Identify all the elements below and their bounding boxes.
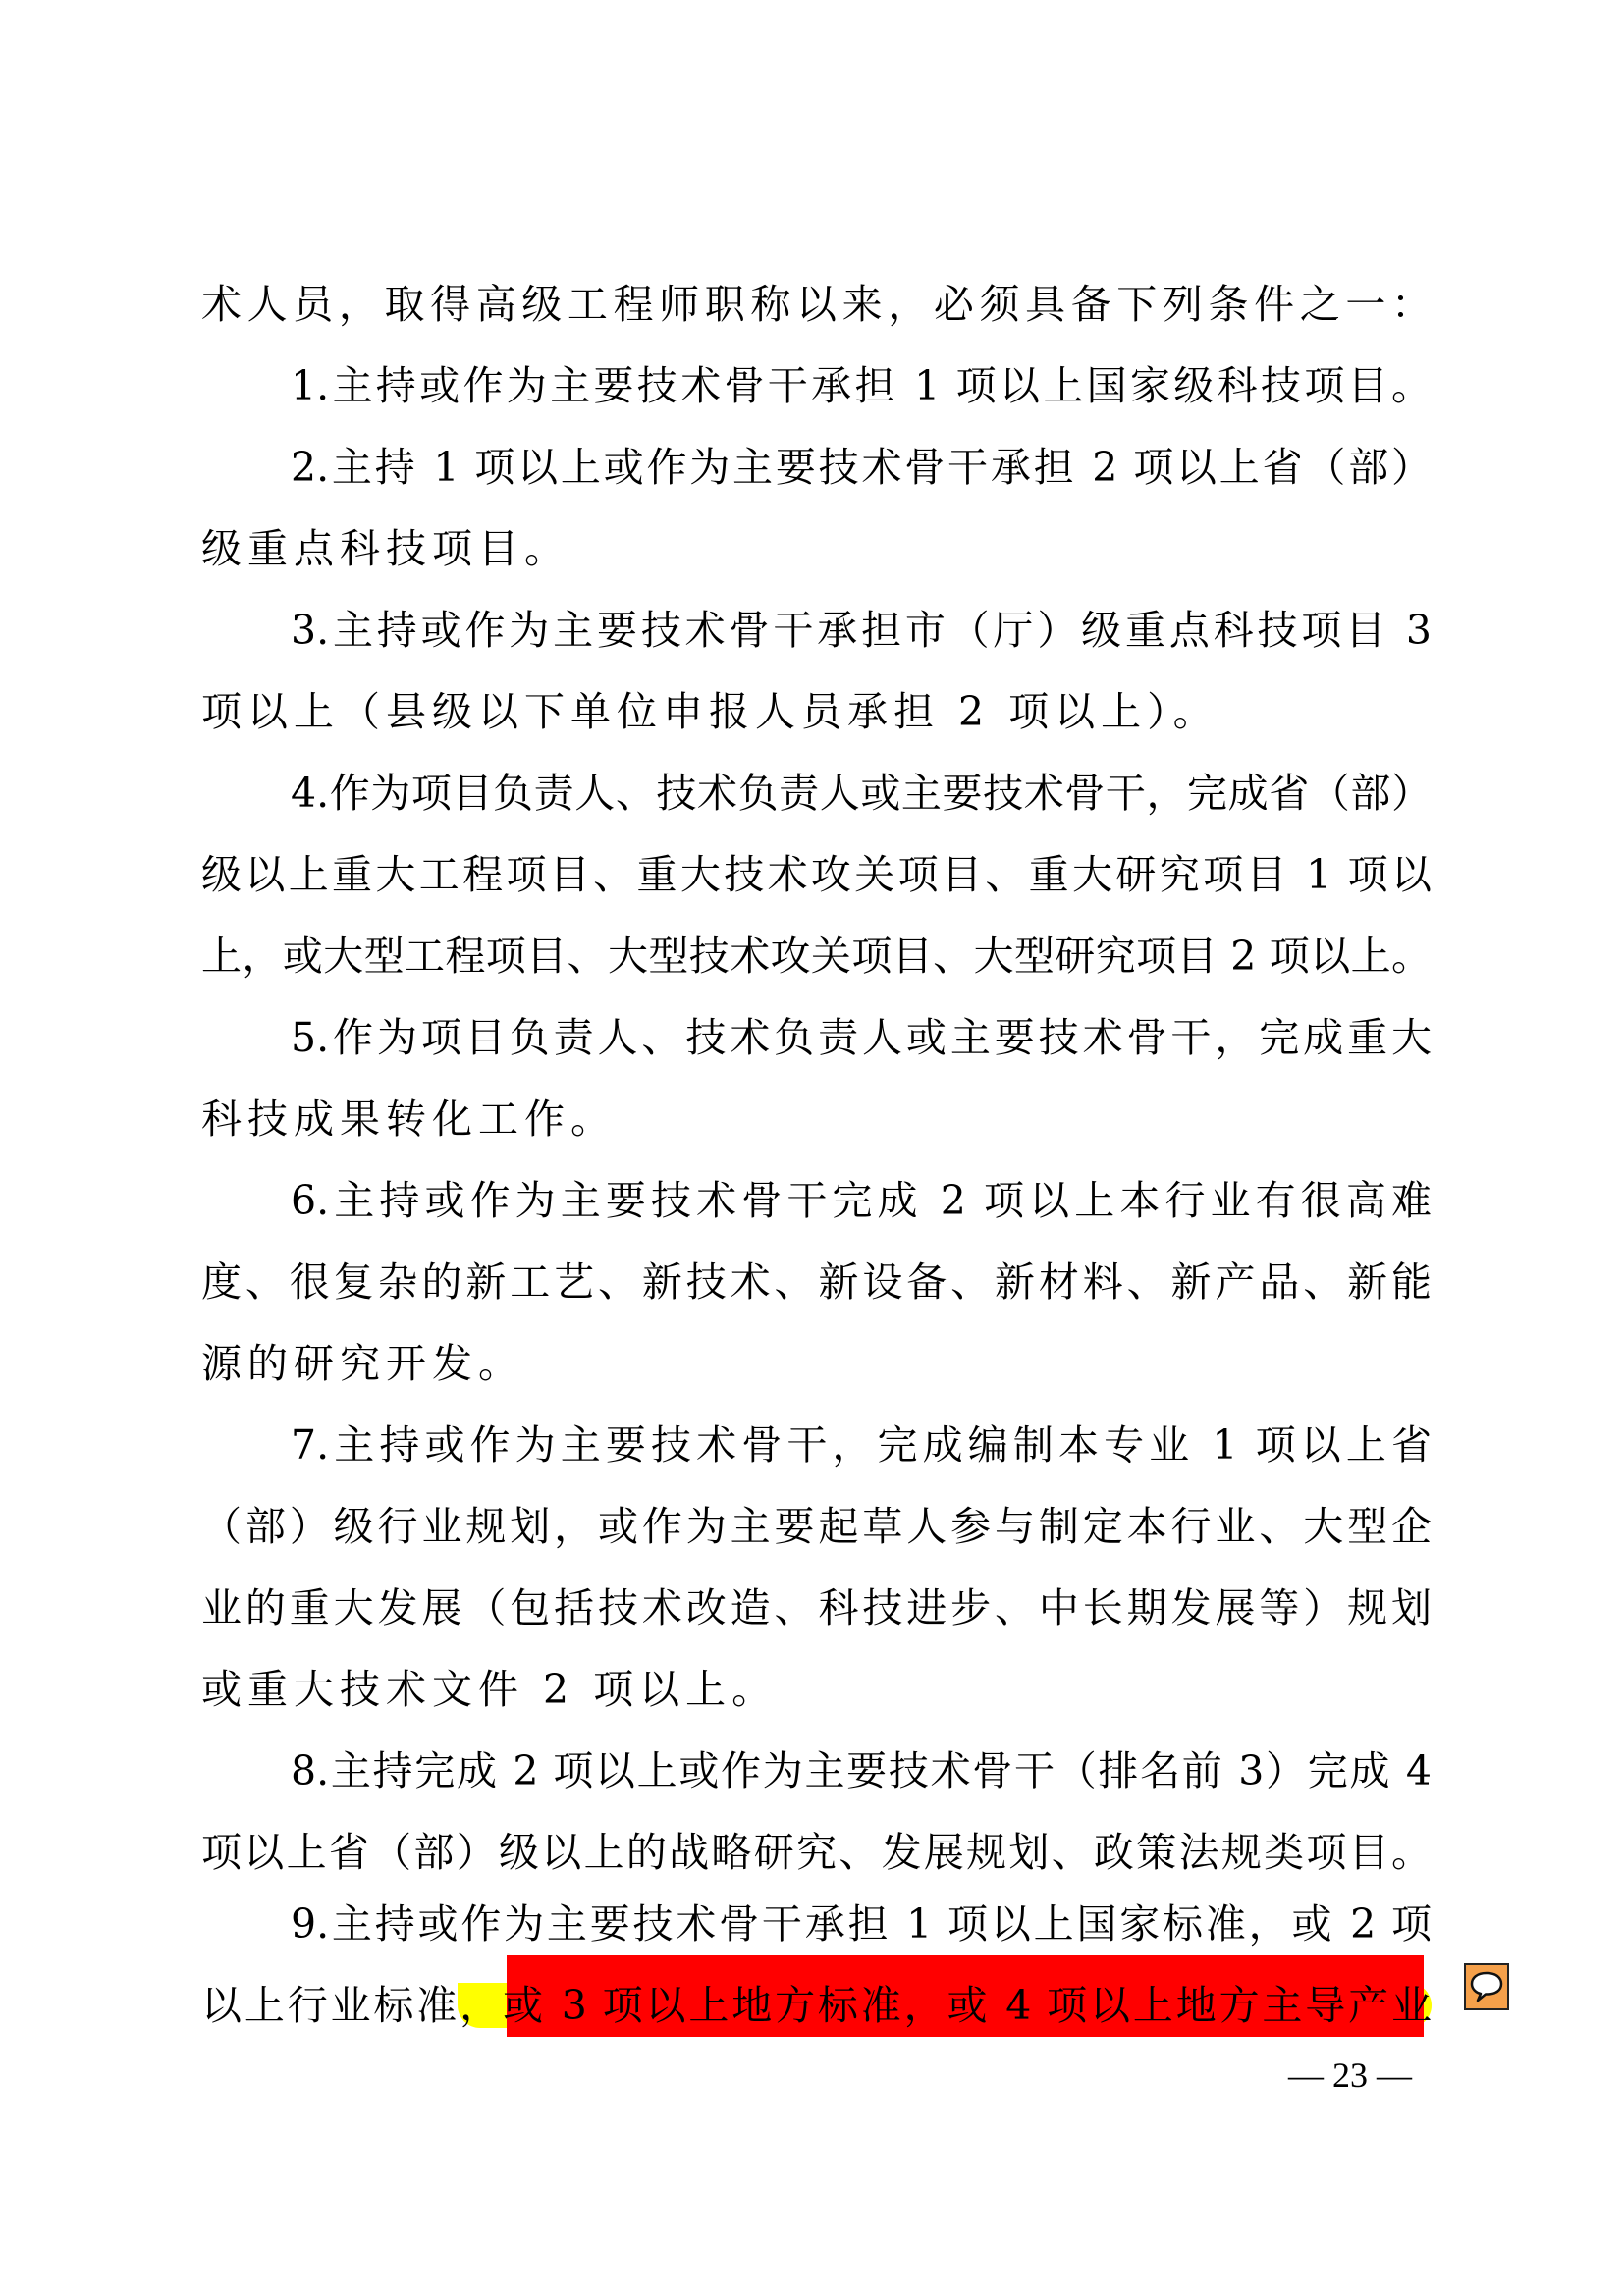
document-page: 术人员，取得高级工程师职称以来，必须具备下列条件之一： 1.主持或作为主要技术骨… (0, 0, 1624, 2296)
text-line: 源的研究开发。 (201, 1322, 1432, 1405)
list-item-4: 4.作为项目负责人、技术负责人或主要技术骨干，完成省（部） (291, 752, 1432, 834)
text-line: 科技成果转化工作。 (201, 1078, 1432, 1160)
comment-speech-bubble-icon[interactable] (1464, 1963, 1509, 2010)
list-item-2: 2.主持 1 项以上或作为主要技术骨干承担 2 项以上省（部） (291, 426, 1432, 508)
text-line: 上，或大型工程项目、大型技术攻关项目、大型研究项目 2 项以上。 (201, 915, 1432, 997)
text-line: 度、很复杂的新工艺、新技术、新设备、新材料、新产品、新能 (201, 1241, 1432, 1323)
text-line-highlighted: 以上行业标准，或 3 项以上地方标准，或 4 项以上地方主导产业 (201, 1964, 1432, 2047)
list-item-8: 8.主持完成 2 项以上或作为主要技术骨干（排名前 3）完成 4 (291, 1730, 1432, 1812)
text-line: 术人员，取得高级工程师职称以来，必须具备下列条件之一： (201, 263, 1432, 346)
text-line: 业的重大发展（包括技术改造、科技进步、中长期发展等）规划 (201, 1567, 1432, 1649)
list-item-5: 5.作为项目负责人、技术负责人或主要技术骨干，完成重大 (291, 996, 1432, 1079)
list-item-7: 7.主持或作为主要技术骨干，完成编制本专业 1 项以上省 (291, 1404, 1432, 1486)
text-line: 项以上省（部）级以上的战略研究、发展规划、政策法规类项目。 (201, 1811, 1432, 1894)
text-line: 级重点科技项目。 (201, 507, 1432, 590)
text-line: 级以上重大工程项目、重大技术攻关项目、重大研究项目 1 项以 (201, 833, 1432, 916)
list-item-1: 1.主持或作为主要技术骨干承担 1 项以上国家级科技项目。 (291, 345, 1432, 427)
list-item-3: 3.主持或作为主要技术骨干承担市（厅）级重点科技项目 3 (291, 589, 1432, 671)
text-line: 项以上（县级以下单位申报人员承担 2 项以上）。 (201, 670, 1432, 753)
page-number: — 23 — (1267, 2052, 1434, 2099)
list-item-9: 9.主持或作为主要技术骨干承担 1 项以上国家标准，或 2 项 (291, 1883, 1432, 1965)
text-line: （部）级行业规划，或作为主要起草人参与制定本行业、大型企 (201, 1485, 1432, 1568)
list-item-6: 6.主持或作为主要技术骨干完成 2 项以上本行业有很高难 (291, 1159, 1432, 1242)
text-line: 或重大技术文件 2 项以上。 (201, 1648, 1432, 1731)
